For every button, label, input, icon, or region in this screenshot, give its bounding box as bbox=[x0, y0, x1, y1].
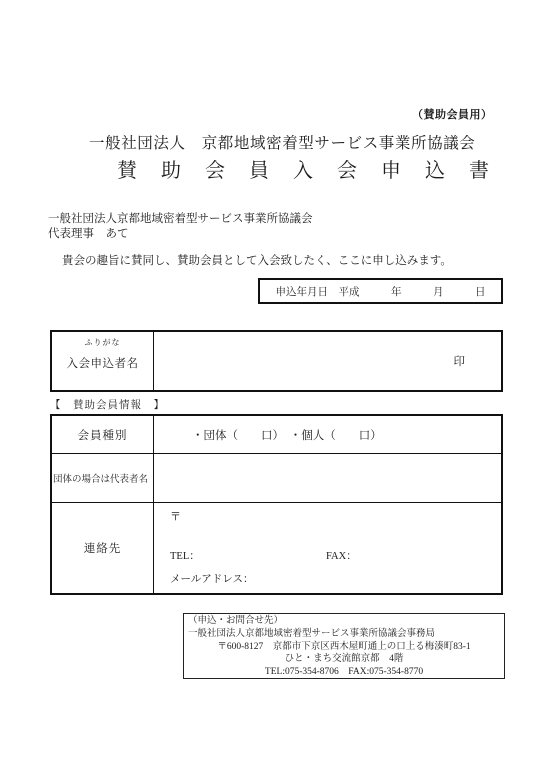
inquiry-address: 〒600-8127 京都市下京区西木屋町通上の口上る梅湊町83-1 bbox=[188, 641, 500, 654]
member-kind-options-text: ・団体（ 口） ・個人（ 口） bbox=[192, 427, 382, 443]
representative-label: 団体の場合は代表者名 bbox=[52, 454, 154, 502]
application-date-line: 申込年月日 平成 年 月 日 bbox=[276, 284, 486, 299]
application-date-box: 申込年月日 平成 年 月 日 bbox=[258, 278, 503, 304]
fax-label: FAX： bbox=[326, 548, 357, 563]
declaration-sentence: 貴会の趣旨に賛同し、賛助会員として入会致したく、ここに申し込みます。 bbox=[62, 252, 452, 268]
email-label: メールアドレス： bbox=[170, 571, 253, 586]
form-title: 賛助会員入会申込書 bbox=[117, 154, 513, 183]
postal-mark: 〒 bbox=[170, 508, 181, 524]
member-kind-options: ・団体（ 口） ・個人（ 口） bbox=[154, 416, 501, 453]
member-info-section-label: 【 賛助会員情報 】 bbox=[50, 397, 165, 412]
inquiry-office-name: 一般社団法人京都地域密着型サービス事業所協議会事務局 bbox=[188, 628, 500, 641]
applicant-name-label-cell: ふりがな 入会申込者名 bbox=[52, 332, 154, 390]
member-info-table: 会員種別 ・団体（ 口） ・個人（ 口） 団体の場合は代表者名 連絡先 〒 TE… bbox=[50, 414, 503, 595]
inquiry-heading: （申込・お問合せ先） bbox=[188, 615, 500, 628]
inquiry-contact-box: （申込・お問合せ先） 一般社団法人京都地域密着型サービス事業所協議会事務局 〒6… bbox=[183, 613, 505, 679]
applicant-name-value-cell: 印 bbox=[154, 332, 501, 390]
applicant-name-label: 入会申込者名 bbox=[67, 355, 139, 371]
table-row-contact: 連絡先 〒 TEL： FAX： メールアドレス： bbox=[52, 503, 501, 593]
tel-label: TEL： bbox=[170, 548, 200, 563]
inquiry-tel-fax: TEL:075-354-8706 FAX:075-354-8770 bbox=[188, 666, 500, 679]
contact-value-cell: 〒 TEL： FAX： メールアドレス： bbox=[154, 503, 501, 593]
furigana-label: ふりがな bbox=[85, 337, 121, 348]
representative-value-cell bbox=[154, 454, 501, 502]
applicant-name-table: ふりがな 入会申込者名 印 bbox=[50, 330, 503, 392]
seal-mark: 印 bbox=[454, 353, 466, 369]
addressee-block: 一般社団法人京都地域密着型サービス事業所協議会 代表理事 あて bbox=[48, 212, 313, 241]
table-row-member-kind: 会員種別 ・団体（ 口） ・個人（ 口） bbox=[52, 416, 501, 454]
member-kind-label: 会員種別 bbox=[52, 416, 154, 453]
table-row-representative: 団体の場合は代表者名 bbox=[52, 454, 501, 503]
application-form-page: （賛助会員用） 一般社団法人 京都地域密着型サービス事業所協議会 賛助会員入会申… bbox=[0, 0, 551, 778]
inquiry-building: ひと・まち交流館京都 4階 bbox=[188, 653, 500, 666]
contact-label: 連絡先 bbox=[52, 503, 154, 593]
corner-tag: （賛助会員用） bbox=[412, 106, 493, 122]
organization-title: 一般社団法人 京都地域密着型サービス事業所協議会 bbox=[89, 131, 475, 153]
